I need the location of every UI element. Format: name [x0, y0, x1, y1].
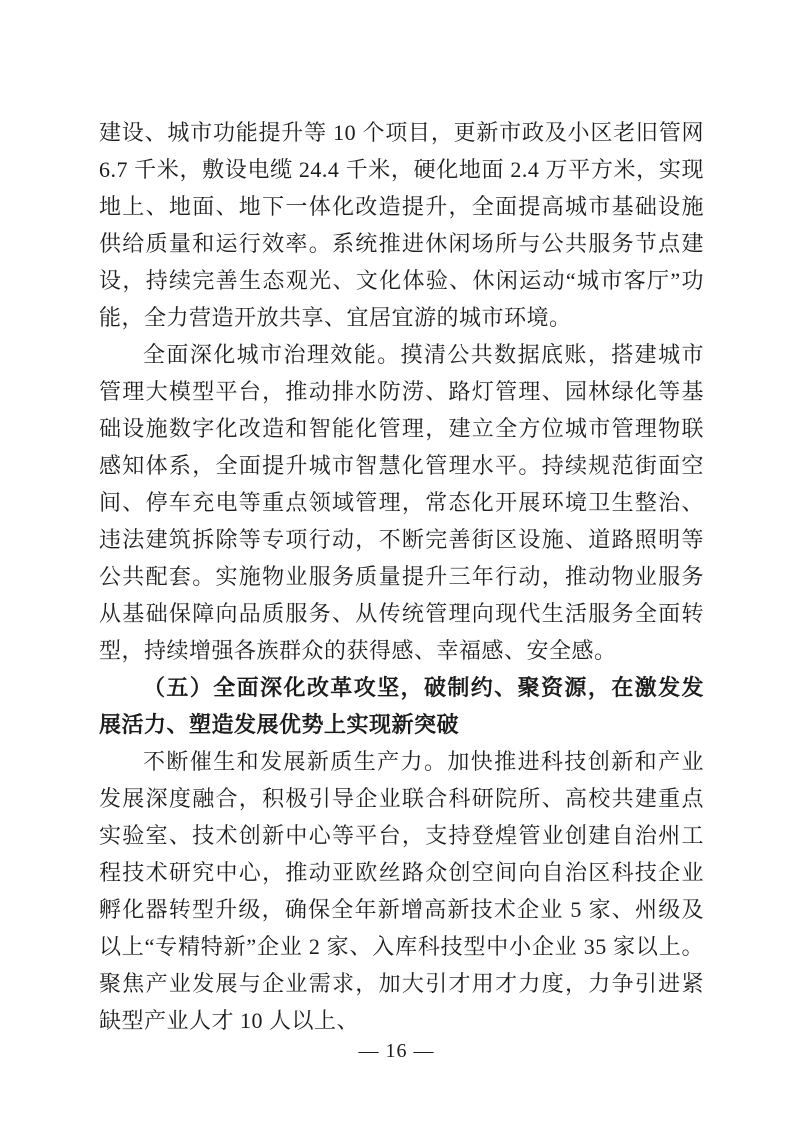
document-page: { "document": { "paragraphs": [ { "name"…	[0, 0, 793, 1122]
section-heading-five: （五）全面深化改革攻坚，破制约、聚资源，在激发发展活力、塑造发展优势上实现新突破	[99, 669, 704, 743]
page-canvas: 建设、城市功能提升等 10 个项目，更新市政及小区老旧管网 6.7 千米，敷设电…	[0, 0, 793, 1122]
page-number: — 16 —	[359, 1040, 435, 1062]
paragraph-urban-governance: 全面深化城市治理效能。摸清公共数据底账，搭建城市管理大模型平台，推动排水防涝、路…	[99, 336, 704, 669]
page-footer: — 16 —	[0, 1038, 793, 1064]
paragraph-urban-construction: 建设、城市功能提升等 10 个项目，更新市政及小区老旧管网 6.7 千米，敷设电…	[99, 114, 704, 336]
paragraph-new-productivity: 不断催生和发展新质生产力。加快推进科技创新和产业发展深度融合，积极引导企业联合科…	[99, 743, 704, 1039]
page-body: 建设、城市功能提升等 10 个项目，更新市政及小区老旧管网 6.7 千米，敷设电…	[99, 114, 704, 1039]
